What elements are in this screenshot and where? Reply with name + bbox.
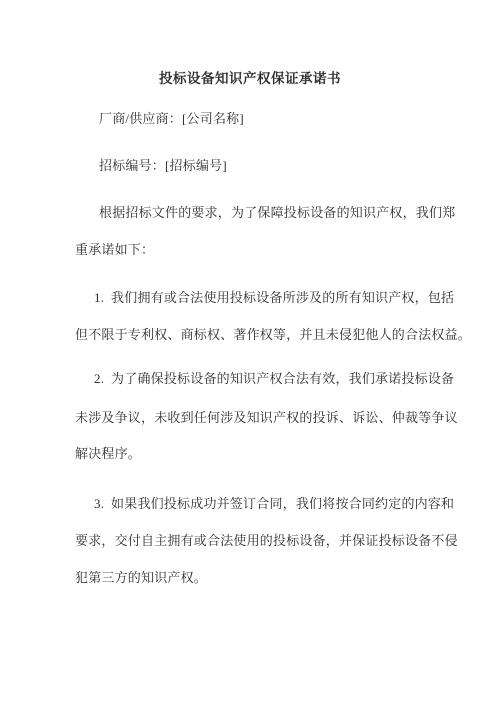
item-3-line-3: 犯第三方的知识产权。 bbox=[75, 569, 485, 587]
item-3-line-1: 3. 如果我们投标成功并签订合同，我们将按合同约定的内容和 bbox=[94, 495, 500, 513]
tender-number-line: 招标编号：[招标编号] bbox=[99, 157, 500, 175]
item-2-line-3: 解决程序。 bbox=[75, 445, 485, 463]
item-1-line-2: 但不限于专利权、商标权、著作权等，并且未侵犯他人的合法权益。 bbox=[75, 326, 485, 344]
item-3-line-2: 要求，交付自主拥有或合法使用的投标设备，并保证投标设备不侵 bbox=[75, 532, 485, 550]
document-page: 投标设备知识产权保证承诺书 厂商/供应商：[公司名称] 招标编号：[招标编号] … bbox=[0, 0, 500, 707]
item-2-line-2: 未涉及争议，未收到任何涉及知识产权的投诉、诉讼、仲裁等争议 bbox=[75, 409, 485, 427]
supplier-line: 厂商/供应商：[公司名称] bbox=[99, 110, 500, 128]
item-1-line-1: 1. 我们拥有或合法使用投标设备所涉及的所有知识产权，包括 bbox=[94, 289, 500, 307]
intro-paragraph-line-1: 根据招标文件的要求，为了保障投标设备的知识产权，我们郑 bbox=[99, 204, 500, 222]
item-2-line-1: 2. 为了确保投标设备的知识产权合法有效，我们承诺投标设备 bbox=[94, 370, 500, 388]
intro-paragraph-line-2: 重承诺如下： bbox=[75, 241, 485, 259]
document-title: 投标设备知识产权保证承诺书 bbox=[0, 69, 500, 89]
